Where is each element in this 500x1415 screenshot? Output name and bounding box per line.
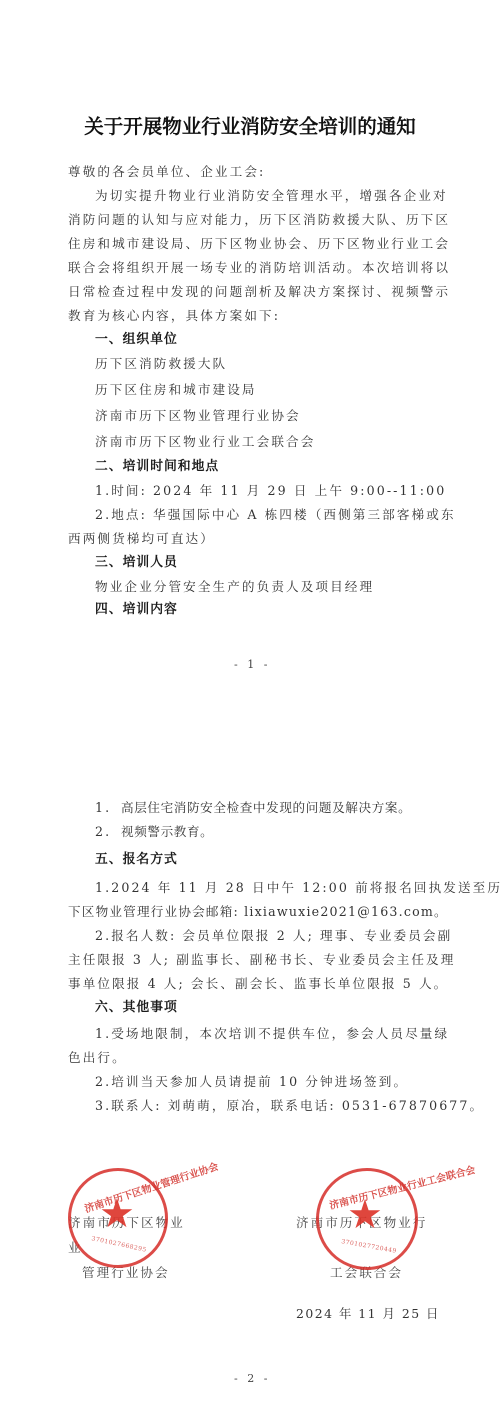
organizer-item: 济南市历下区物业行业工会联合会 bbox=[95, 434, 432, 450]
other-item-cont: 色出行。 bbox=[68, 1050, 432, 1066]
salutation: 尊敬的各会员单位、企业工会: bbox=[68, 164, 432, 180]
organizer-item: 历下区消防救援大队 bbox=[95, 356, 432, 372]
seal-right: ★ 济南市历下区物业行业工会联合会 3701027720449 bbox=[316, 1168, 418, 1270]
seal-left-text: 济南市历下区物业管理行业协会 bbox=[82, 1158, 220, 1216]
section-heading-registration: 五、报名方式 bbox=[95, 852, 432, 868]
attendees-text: 物业企业分管安全生产的负责人及项目经理 bbox=[95, 579, 432, 595]
other-item: 2.培训当天参加人员请提前 10 分钟进场签到。 bbox=[95, 1074, 432, 1090]
seal-left-number: 3701027668295 bbox=[91, 1235, 147, 1254]
content-item-number: 2. bbox=[95, 824, 121, 840]
registration-item: 2.报名人数: 会员单位限报 2 人; 理事、专业委员会副 bbox=[95, 928, 432, 944]
page-number-1: - 1 - bbox=[234, 658, 270, 671]
seal-right-number: 3701027720449 bbox=[341, 1238, 398, 1255]
document-title: 关于开展物业行业消防安全培训的通知 bbox=[0, 111, 500, 139]
page-number-2: - 2 - bbox=[234, 1372, 270, 1385]
section-heading-organizers: 一、组织单位 bbox=[95, 332, 432, 348]
registration-item-cont: 主任限报 3 人; 副监事长、副秘书长、专业委员会主任及理 bbox=[68, 952, 432, 968]
training-time: 1.时间: 2024 年 11 月 29 日 上午 9:00--11:00 bbox=[95, 483, 432, 499]
training-place-cont: 西两侧货梯均可直达） bbox=[68, 531, 432, 547]
registration-item: 1.2024 年 11 月 28 日中午 12:00 前将报名回执发送至历 bbox=[95, 880, 432, 896]
intro-line: 日常检查过程中发现的问题剖析及解决方案探讨、视频警示 bbox=[68, 284, 432, 300]
other-item-contact: 3.联系人: 刘萌萌，原冶，联系电话: 0531-67870677。 bbox=[95, 1098, 432, 1114]
content-item-text: 视频警示教育。 bbox=[121, 824, 213, 839]
intro-line: 教育为核心内容，具体方案如下: bbox=[68, 308, 432, 324]
section-heading-attendees: 三、培训人员 bbox=[95, 555, 432, 571]
content-item-text: 高层住宅消防安全检查中发现的问题及解决方案。 bbox=[121, 800, 411, 815]
intro-line: 联合会将组织开展一场专业的消防培训活动。本次培训将以 bbox=[68, 260, 432, 276]
intro-line: 消防问题的认知与应对能力，历下区消防救援大队、历下区 bbox=[68, 212, 432, 228]
document-date: 2024 年 11 月 25 日 bbox=[296, 1304, 440, 1322]
registration-email: 下区物业管理行业协会邮箱: lixiawuxie2021@163.com。 bbox=[68, 904, 432, 920]
other-item: 1.受场地限制，本次培训不提供车位，参会人员尽量绿 bbox=[95, 1026, 432, 1042]
training-place: 2.地点: 华强国际中心 A 栋四楼（西侧第三部客梯或东 bbox=[95, 507, 432, 523]
seal-right-text: 济南市历下区物业行业工会联合会 bbox=[327, 1161, 476, 1212]
content-item: 2.视频警示教育。 bbox=[95, 824, 432, 840]
organizer-item: 济南市历下区物业管理行业协会 bbox=[95, 408, 432, 424]
intro-line: 住房和城市建设局、历下区物业协会、历下区物业行业工会 bbox=[68, 236, 432, 252]
content-item: 1.高层住宅消防安全检查中发现的问题及解决方案。 bbox=[95, 800, 432, 816]
registration-item-cont: 事单位限报 4 人; 会长、副会长、监事长单位限报 5 人。 bbox=[68, 976, 432, 992]
section-heading-content: 四、培训内容 bbox=[95, 602, 432, 618]
organizer-item: 历下区住房和城市建设局 bbox=[95, 382, 432, 398]
content-item-number: 1. bbox=[95, 800, 121, 816]
notice-document: 关于开展物业行业消防安全培训的通知 尊敬的各会员单位、企业工会: 为切实提升物业… bbox=[0, 0, 500, 1415]
intro-line: 为切实提升物业行业消防安全管理水平，增强各企业对 bbox=[95, 188, 432, 204]
seal-left: ★ 济南市历下区物业管理行业协会 3701027668295 bbox=[68, 1168, 168, 1268]
section-heading-time-place: 二、培训时间和地点 bbox=[95, 459, 432, 475]
section-heading-other: 六、其他事项 bbox=[95, 1000, 432, 1016]
